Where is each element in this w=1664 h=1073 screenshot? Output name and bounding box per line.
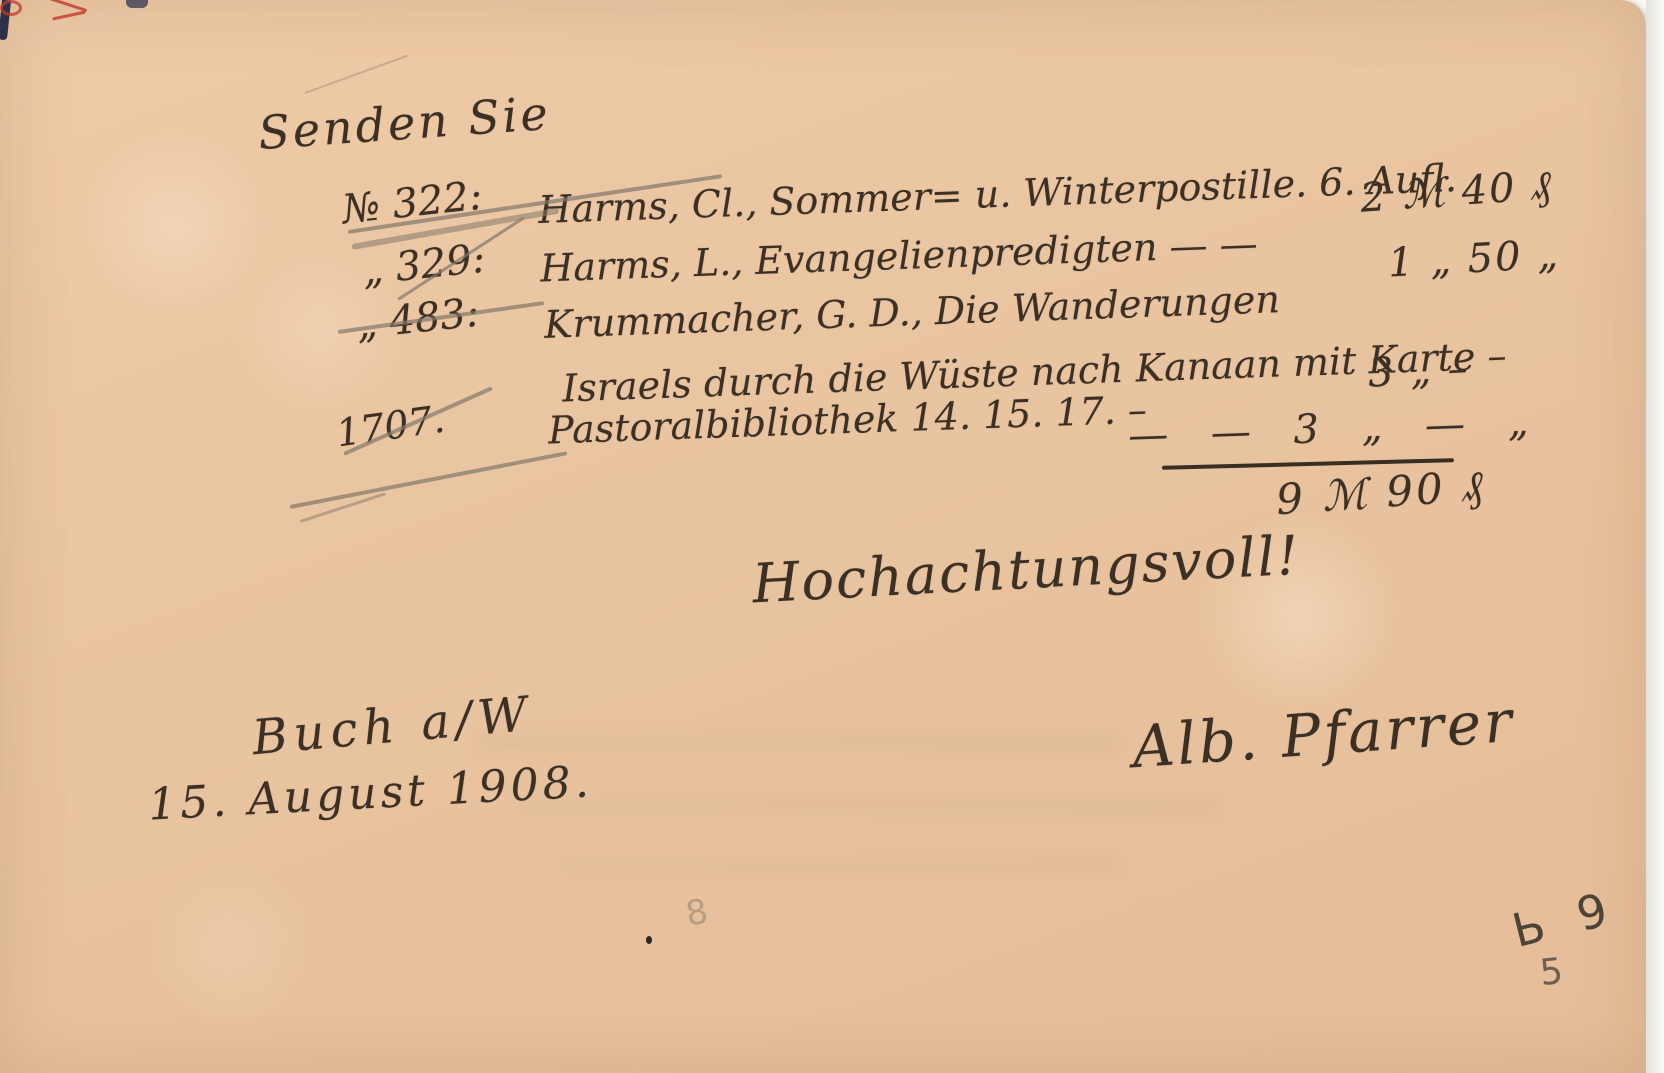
show-through-band — [480, 735, 1120, 751]
red-crayon-dot — [0, 0, 22, 16]
postcard-scan: Senden Sie № 322: Harms, Cl., Sommer= u.… — [0, 0, 1646, 1073]
order-price-2: 1 „ 50 „ — [1387, 232, 1561, 287]
show-through-band — [560, 860, 1120, 872]
signature: Alb. Pfarrer — [1130, 687, 1517, 782]
salutation-text: Senden Sie — [256, 86, 552, 160]
pencil-mark-l9: Ь 9 — [1507, 880, 1622, 958]
pencil-mark-5: 5 — [1538, 951, 1565, 994]
closing-formula: Hochachtungsvoll! — [751, 524, 1302, 616]
pencil-flourish — [290, 451, 568, 509]
show-through-band — [520, 800, 1220, 813]
order-price-5: — — 3 „ — „ — [1127, 399, 1531, 459]
red-crayon-mark — [43, 0, 88, 12]
ink-speck — [646, 936, 652, 944]
scan-edge-mark — [126, 0, 148, 8]
place-name: Buch a/W — [250, 686, 535, 766]
scanner-background-strip — [1646, 0, 1664, 1073]
order-number-1707: 1707. — [333, 397, 447, 456]
red-crayon-mark — [52, 10, 86, 20]
order-price-4: 3 „ – — [1367, 345, 1471, 396]
order-total: 9 ℳ 90 ₰ — [1275, 461, 1488, 526]
date-line: 15. August 1908. — [147, 756, 594, 830]
order-title-krummacher: Krummacher, G. D., Die Wanderungen — [543, 277, 1280, 347]
order-title-harms-evangelien: Harms, L., Evangelienpredigten — — — [539, 221, 1258, 290]
order-title-harms-postille: Harms, Cl., Sommer= u. Winterpostille. 6… — [538, 156, 1458, 232]
pencil-mark-8: 8 — [683, 891, 711, 934]
pencil-stray-stroke — [305, 54, 409, 94]
